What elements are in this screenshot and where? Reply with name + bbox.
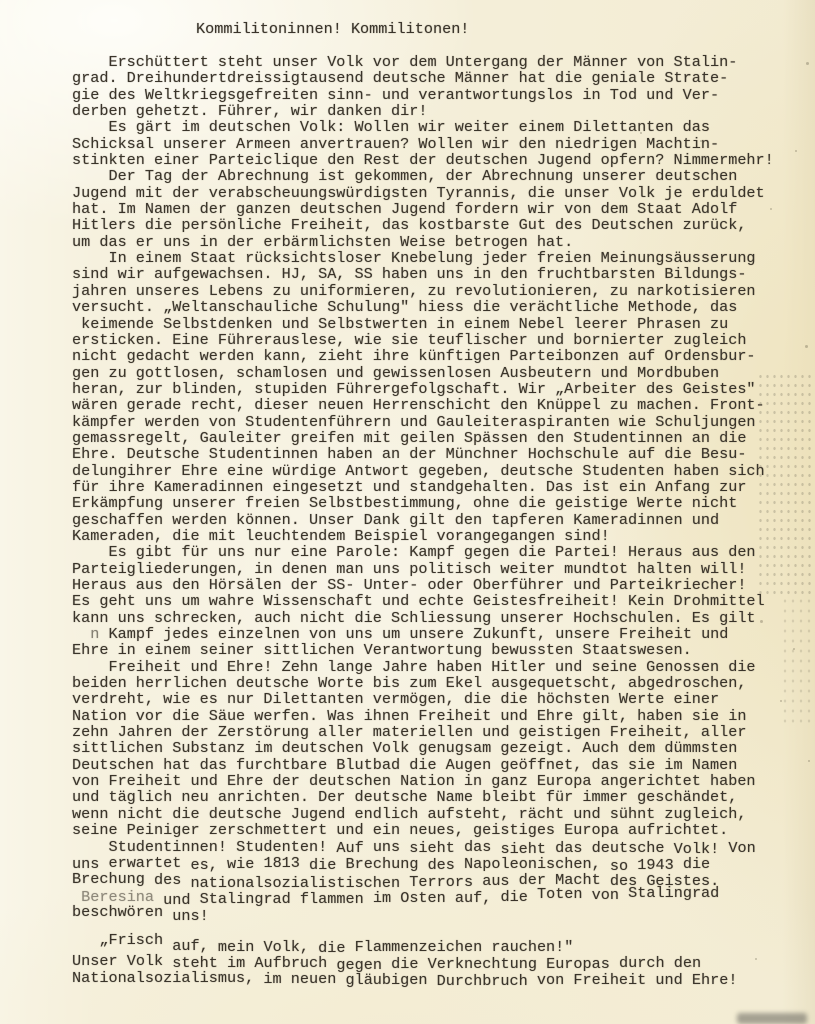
text-word: das	[555, 840, 582, 856]
text-word: wie	[227, 856, 254, 872]
text-word: und	[163, 892, 190, 908]
text-word: Durchbruch	[437, 973, 528, 989]
text-word: den	[674, 955, 701, 971]
text-line: delungihrer Ehre eine würdige Antwort ge…	[72, 463, 774, 479]
text-word: Auf	[336, 840, 363, 856]
document-body: Erschüttert steht unser Volk vor dem Unt…	[72, 54, 774, 986]
text-line: Es gibt für uns nur eine Parole: Kampf g…	[72, 544, 774, 560]
text-line: verdreht, wie es nur Dilettanten vermöge…	[72, 691, 774, 707]
paper-speck	[806, 62, 809, 65]
text-line: wären gerade recht, dieser neuen Herrens…	[72, 397, 774, 413]
text-word: Unser	[72, 953, 118, 969]
text-word: Stalingrad	[628, 885, 719, 901]
text-line: hat. Im Namen der ganzen deutschen Jugen…	[72, 201, 774, 217]
text-line: versucht. „Weltanschauliche Schulung" hi…	[72, 299, 774, 315]
text-line: Nationalsozialismus, im neuen gläubigen …	[72, 969, 774, 985]
text-word: Osten	[400, 890, 446, 906]
text-line: Der Tag der Abrechnung ist gekommen, der…	[72, 168, 774, 184]
text-line: Studentinnen! Studenten! Auf uns sieht d…	[72, 839, 774, 855]
text-word: des	[428, 857, 455, 873]
text-line: Beresina und Stalingrad flammen im Osten…	[72, 888, 774, 904]
text-word: rauchen!"	[491, 939, 573, 955]
text-word: uns	[346, 626, 373, 642]
text-line: In einem Staat rücksichtsloser Knebelung…	[72, 250, 774, 266]
scan-smudge-mark	[737, 1013, 807, 1024]
paper-speck	[770, 208, 772, 210]
paper-speck	[690, 965, 692, 967]
text-word: Studentinnen!	[108, 839, 226, 855]
text-line: derben gehetzt. Führer, wir danken dir!	[72, 103, 774, 119]
text-line: wenn nicht die deutsche Jugend endlich a…	[72, 806, 774, 822]
text-line: Nation vor die Säue werfen. Was ihnen Fr…	[72, 708, 774, 724]
text-word: Verknechtung	[428, 956, 537, 972]
text-word: n	[90, 626, 99, 642]
text-word: die	[309, 857, 336, 873]
paper-speck	[755, 958, 757, 960]
text-line: gemassregelt, Gauleiter greifen mit geil…	[72, 430, 774, 446]
text-word: das	[464, 839, 491, 855]
scan-noise-band	[781, 596, 815, 726]
text-line: Erkämpfung unserer freien Selbstbestimmu…	[72, 495, 774, 511]
text-line: zehn Jahren der Zerstörung aller materie…	[72, 724, 774, 740]
text-line: und täglich neu anrichten. Der deutsche …	[72, 789, 774, 805]
text-line: geschaffen werden können. Unser Dank gil…	[72, 512, 774, 528]
text-word: durch	[619, 955, 665, 971]
text-word: Toten	[537, 886, 583, 902]
text-line: Deutschen hat das furchtbare Blutbad die…	[72, 757, 774, 773]
text-word: flammen	[300, 891, 364, 907]
paper-speck	[300, 962, 302, 964]
text-word: des	[154, 872, 181, 888]
text-word: um	[382, 626, 400, 642]
text-line: jahren unseres Lebens zu uniformieren, z…	[72, 283, 774, 299]
text-word: und	[701, 626, 728, 642]
text-word: jedes	[163, 626, 209, 642]
text-word: deutsche	[592, 840, 665, 856]
text-line: „Frisch auf, mein Volk, die Flammenzeich…	[72, 937, 774, 953]
text-line: n Kampf jedes einzelnen von uns um unser…	[72, 626, 774, 642]
text-word: die	[501, 889, 528, 905]
text-word: „Frisch	[99, 932, 163, 948]
text-word: Studenten!	[236, 839, 327, 855]
text-line: grad. Dreihundertdreissigtausend deutsch…	[72, 70, 774, 86]
text-word: im	[373, 890, 391, 906]
text-line: Heraus aus den Hörsälen der SS- Unter- o…	[72, 577, 774, 593]
text-word: Stalingrad	[200, 891, 291, 907]
text-line: stinkten einer Parteiclique den Rest der…	[72, 152, 774, 168]
text-word: gläubigen	[345, 972, 427, 988]
text-word: unsere	[409, 626, 464, 642]
text-line: Ehre in einem seiner sittlichen Verantwo…	[72, 642, 774, 658]
paper-speck	[760, 620, 763, 623]
text-word: Ehre!	[692, 972, 738, 988]
text-word: Nationalsozialismus,	[72, 970, 254, 986]
text-word: Von	[728, 840, 755, 856]
text-word: Aufbruch	[254, 955, 327, 971]
text-word: Europas	[546, 956, 610, 972]
text-line: von Freiheit und Ehre der deutschen Nati…	[72, 773, 774, 789]
text-word: auf,	[455, 890, 491, 906]
text-line: uns erwartet es, wie 1813 die Brechung d…	[72, 855, 774, 871]
text-word: Flammenzeichen	[355, 939, 483, 955]
document-title: Kommilitoninnen! Kommilitonen!	[196, 20, 469, 38]
text-line: Erschüttert steht unser Volk vor dem Unt…	[72, 54, 774, 70]
text-word: auf,	[172, 938, 208, 954]
text-word: die	[683, 856, 710, 872]
paper-speck	[700, 140, 702, 142]
text-line: ersticken. Eine Führerauslese, wie sie t…	[72, 332, 774, 348]
text-word: Brechung	[72, 871, 145, 887]
text-word: sieht	[409, 840, 455, 856]
text-line: keimende Selbstdenken und Selbstwerten i…	[72, 316, 774, 332]
text-line: Es gärt im deutschen Volk: Wollen wir we…	[72, 119, 774, 135]
text-word: von	[592, 887, 619, 903]
text-word: neuen	[291, 971, 337, 987]
paper-speck	[780, 700, 782, 702]
text-line: seine Peiniger zerschmettert und ein neu…	[72, 822, 774, 838]
text-word: Kampf	[108, 626, 154, 642]
text-word: beschwören	[72, 904, 163, 920]
text-word: von	[309, 626, 336, 642]
text-line: heran, zur blinden, stupiden Führergefol…	[72, 381, 774, 397]
text-word: Freiheit	[619, 626, 692, 642]
text-line: Hitlers die persönliche Freiheit, das ko…	[72, 217, 774, 233]
text-word: 1943	[637, 857, 673, 873]
paper-speck	[640, 132, 642, 134]
text-line: gen zu gottlosen, schamlosen und gewisse…	[72, 365, 774, 381]
text-line: nicht gedacht werden kann, zieht ihre kü…	[72, 348, 774, 364]
text-line: Freiheit und Ehre! Zehn lange Jahre habe…	[72, 659, 774, 675]
text-line: Schicksal unserer Armeen anvertrauen? Wo…	[72, 136, 774, 152]
text-line: um das er uns in der erbärmlichsten Weis…	[72, 234, 774, 250]
text-line: Es geht uns um wahre Wissenschaft und ec…	[72, 593, 774, 609]
text-word: von	[537, 972, 564, 988]
text-line: Kameraden, die mit leuchtendem Beispiel …	[72, 528, 774, 544]
text-line: Ehre. Deutsche Studentinnen haben an der…	[72, 446, 774, 462]
text-line: kämpfer werden von Studentenführern und …	[72, 414, 774, 430]
text-line: gie des Weltkriegsgefreiten sinn- und ve…	[72, 87, 774, 103]
text-word: unsere	[555, 626, 610, 642]
text-line: Jugend mit der verabscheuungswürdigsten …	[72, 185, 774, 201]
text-line: sind wir aufgewachsen. HJ, SA, SS haben …	[72, 266, 774, 282]
paper-speck	[805, 345, 808, 348]
paper-speck	[420, 175, 422, 177]
text-word: 1813	[263, 855, 299, 871]
text-word: und	[655, 972, 682, 988]
text-word: Napoleonischen,	[464, 856, 601, 872]
text-word: erwartet	[108, 855, 181, 871]
leaflet-page: Kommilitoninnen! Kommilitonen! Erschütte…	[0, 0, 815, 1024]
text-word: Volk,	[263, 939, 309, 955]
paper-speck	[793, 648, 795, 650]
text-word: uns!	[172, 908, 208, 924]
text-line: beiden herrlichen deutsche Worte bis zum…	[72, 675, 774, 691]
text-word: einzelnen	[218, 626, 300, 642]
text-line: Parteigliederungen, in denen man uns pol…	[72, 561, 774, 577]
text-word: es,	[191, 857, 218, 873]
paper-speck	[795, 150, 797, 152]
paper-speck	[808, 760, 810, 762]
text-line: sittlichen Substanz im deutschen Volk ge…	[72, 740, 774, 756]
text-word: im	[263, 971, 281, 987]
text-line: kann uns schrecken, auch nicht die Schli…	[72, 610, 774, 626]
text-word: Freiheit	[573, 972, 646, 988]
text-word: mein	[218, 939, 254, 955]
text-line: für ihre Kameradinnen eingesetzt und sta…	[72, 479, 774, 495]
text-word: Volk	[127, 953, 163, 969]
text-word: uns	[373, 839, 400, 855]
text-word: Zukunft,	[473, 626, 546, 642]
text-word: die	[391, 956, 418, 972]
text-word: Brechung	[346, 856, 419, 872]
